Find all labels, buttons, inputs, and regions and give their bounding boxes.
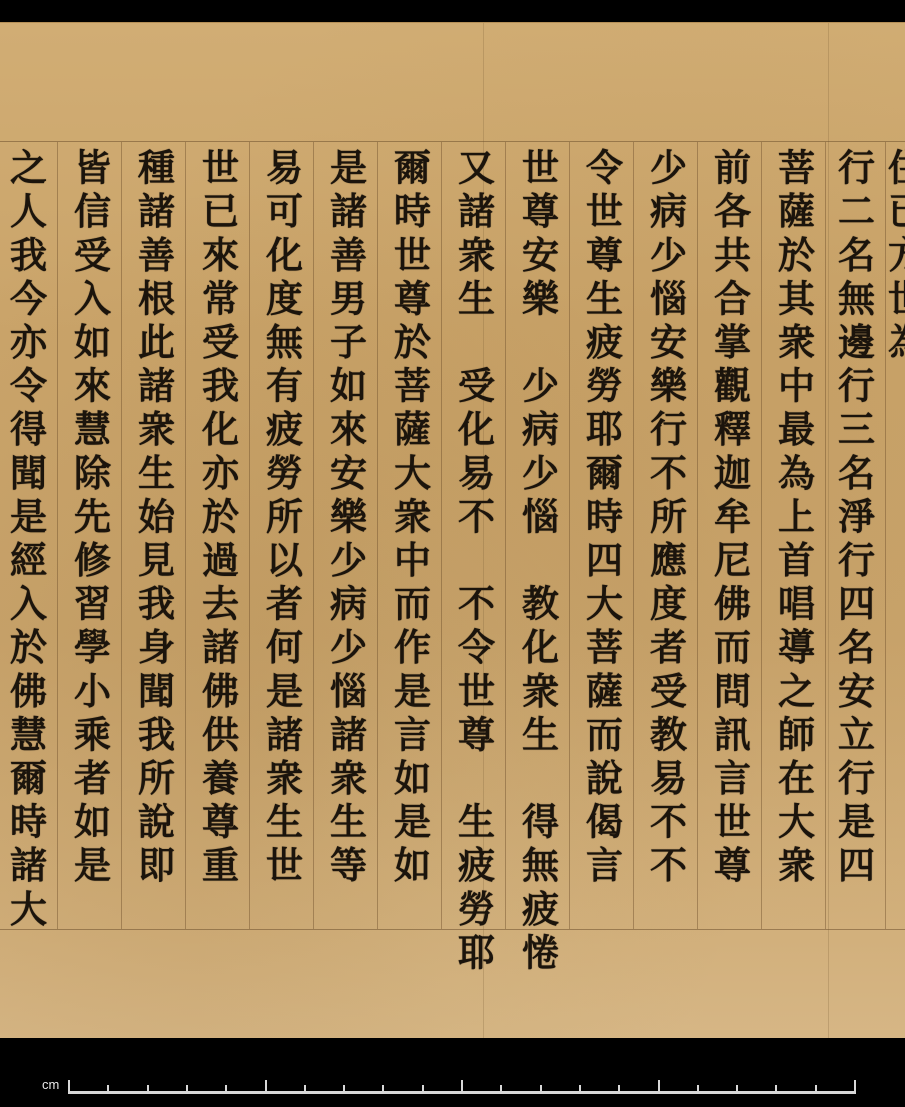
ruled-text-area: 住已方世為行二名無邊行三名淨行四名安立行是四菩薩於其衆中最為上首唱導之師在大衆前… — [0, 141, 905, 930]
ruler-major-tick — [658, 1080, 660, 1094]
text-column: 世已來常受我化亦於過去諸佛供養尊重 — [186, 142, 250, 929]
column-text: 少病少惱安樂行不所應度者受教易不不 — [634, 148, 698, 889]
ruler-minor-tick — [382, 1085, 384, 1094]
column-text: 前各共合掌觀釋迦牟尼佛而問訊言世尊 — [698, 148, 762, 889]
ruler-unit-label: cm — [42, 1078, 59, 1092]
text-column: 種諸善根此諸衆生始見我身聞我所說即 — [122, 142, 186, 929]
ruler-minor-tick — [500, 1085, 502, 1094]
column-text: 爾時世尊於菩薩大衆中而作是言如是如 — [378, 148, 442, 889]
ruler-major-tick — [68, 1080, 70, 1094]
column-text: 令世尊生疲勞耶爾時四大菩薩而說偈言 — [570, 148, 634, 889]
ruler-minor-tick — [618, 1085, 620, 1094]
ruler-minor-tick — [147, 1085, 149, 1094]
ruler-major-tick — [854, 1080, 856, 1094]
text-column: 前各共合掌觀釋迦牟尼佛而問訊言世尊 — [698, 142, 762, 929]
manuscript-paper: 住已方世為行二名無邊行三名淨行四名安立行是四菩薩於其衆中最為上首唱導之師在大衆前… — [0, 22, 905, 1041]
text-column: 又諸衆生 受化易不 不令世尊 生疲勞耶 — [442, 142, 506, 929]
ruler-minor-tick — [107, 1085, 109, 1094]
column-text: 是諸善男子如來安樂少病少惱諸衆生等 — [314, 148, 378, 889]
column-text: 菩薩於其衆中最為上首唱導之師在大衆 — [762, 148, 826, 889]
ruler-minor-tick — [343, 1085, 345, 1094]
ruler-minor-tick — [304, 1085, 306, 1094]
text-column: 菩薩於其衆中最為上首唱導之師在大衆 — [762, 142, 826, 929]
text-column: 令世尊生疲勞耶爾時四大菩薩而說偈言 — [570, 142, 634, 929]
text-column: 爾時世尊於菩薩大衆中而作是言如是如 — [378, 142, 442, 929]
ruler-minor-tick — [775, 1085, 777, 1094]
text-column: 之人我今亦令得聞是經入於佛慧爾時諸大 — [0, 142, 58, 929]
text-column: 行二名無邊行三名淨行四名安立行是四 — [822, 142, 886, 929]
text-column: 世尊安樂 少病少惱 教化衆生 得無疲惓 — [506, 142, 570, 929]
ruler-major-tick — [265, 1080, 267, 1094]
ruler-minor-tick — [736, 1085, 738, 1094]
column-text: 易可化度無有疲勞所以者何是諸衆生世 — [250, 148, 314, 889]
column-text: 之人我今亦令得聞是經入於佛慧爾時諸大 — [0, 148, 58, 933]
column-text: 世尊安樂 少病少惱 教化衆生 得無疲惓 — [506, 148, 570, 976]
ruler-minor-tick — [697, 1085, 699, 1094]
top-black-border — [0, 0, 905, 22]
column-text: 皆信受入如來慧除先修習學小乘者如是 — [58, 148, 122, 889]
ruler-minor-tick — [815, 1085, 817, 1094]
ruler-minor-tick — [579, 1085, 581, 1094]
ruler-minor-tick — [186, 1085, 188, 1094]
column-text: 種諸善根此諸衆生始見我身聞我所說即 — [122, 148, 186, 889]
text-column: 少病少惱安樂行不所應度者受教易不不 — [634, 142, 698, 929]
column-text: 行二名無邊行三名淨行四名安立行是四 — [822, 148, 886, 889]
ruler-minor-tick — [422, 1085, 424, 1094]
column-text: 又諸衆生 受化易不 不令世尊 生疲勞耶 — [442, 148, 506, 976]
column-text: 世已來常受我化亦於過去諸佛供養尊重 — [186, 148, 250, 889]
ruler-major-tick — [461, 1080, 463, 1094]
ruler-minor-tick — [225, 1085, 227, 1094]
ruler-minor-tick — [540, 1085, 542, 1094]
text-column: 易可化度無有疲勞所以者何是諸衆生世 — [250, 142, 314, 929]
centimeter-scale-ruler — [68, 1080, 856, 1094]
bottom-black-border — [0, 1038, 905, 1107]
text-column: 是諸善男子如來安樂少病少惱諸衆生等 — [314, 142, 378, 929]
text-column: 皆信受入如來慧除先修習學小乘者如是 — [58, 142, 122, 929]
